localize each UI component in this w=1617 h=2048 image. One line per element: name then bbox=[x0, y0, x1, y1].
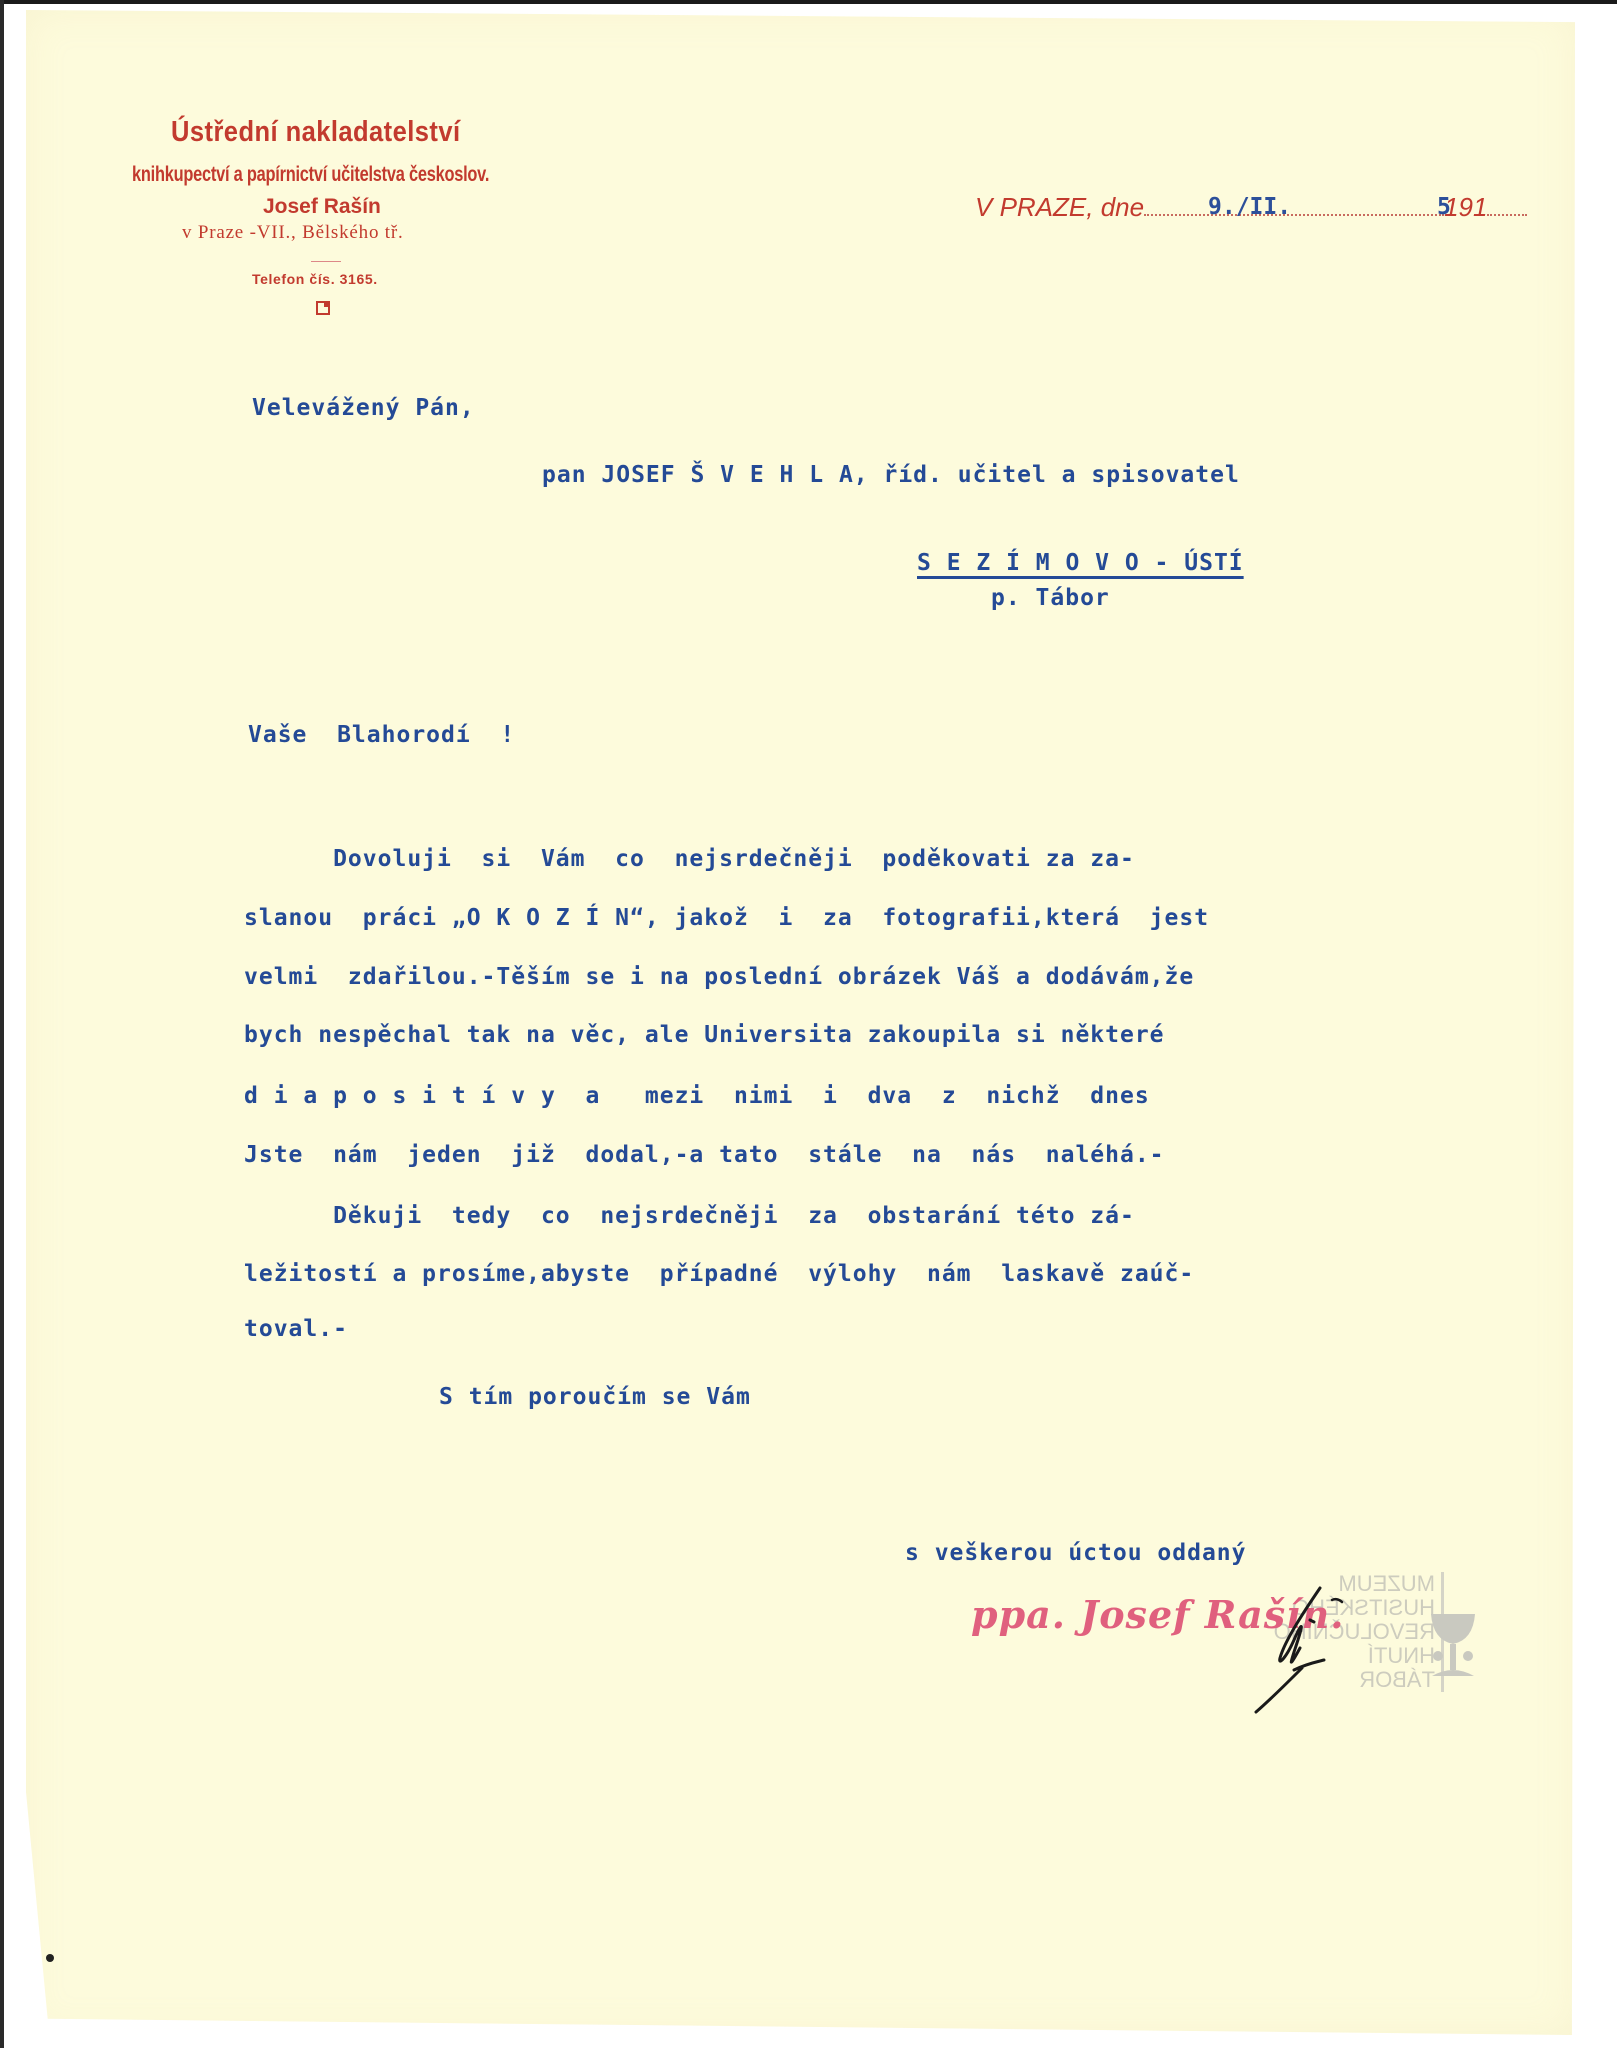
recipient-post: p. Tábor bbox=[991, 585, 1110, 611]
body-line: Dovoluji si Vám co nejsrdečněji poděkova… bbox=[244, 846, 1135, 872]
paper-speck bbox=[46, 1954, 54, 1962]
recipient-town: S E Z Í M O V O - ÚSTÍ bbox=[917, 550, 1244, 576]
letterhead-title: Ústřední nakladatelství bbox=[171, 116, 461, 149]
body-line: Jste nám jeden již dodal,-a tato stále n… bbox=[244, 1142, 1165, 1168]
body-line: bych nespěchal tak na věc, ale Universit… bbox=[244, 1022, 1165, 1048]
body-line: ležitostí a prosíme,abyste případné výlo… bbox=[244, 1261, 1194, 1287]
letterhead-divider bbox=[311, 261, 341, 262]
date-dotted-tail bbox=[1487, 212, 1527, 216]
handwritten-signature bbox=[1250, 1580, 1360, 1720]
body-line: toval.- bbox=[244, 1316, 348, 1342]
date-day-month: 9./II. bbox=[1208, 194, 1291, 220]
scan-top-edge bbox=[0, 0, 1617, 4]
body-line: d i a p o s i t í v y a mezi nimi i dva … bbox=[244, 1083, 1150, 1109]
scan-left-edge bbox=[0, 0, 4, 2048]
valediction: s veškerou úctou oddaný bbox=[905, 1540, 1247, 1566]
body-line: slanou práci „O K O Z Í N“, jakož i za f… bbox=[244, 905, 1209, 931]
date-place: V PRAZE, dne bbox=[975, 192, 1144, 222]
letterhead-phone: Telefon čís. 3165. bbox=[252, 271, 378, 287]
letterhead-subtitle: knihkupectví a papírnictví učitelstva če… bbox=[132, 163, 489, 187]
salutation-top: Velevážený Pán, bbox=[252, 395, 475, 421]
date-dotted-field bbox=[1144, 212, 1444, 216]
closing-line: S tím poroučím se Vám bbox=[439, 1384, 751, 1410]
letterhead-address: v Praze -VII., Bělského tř. bbox=[182, 222, 404, 244]
greeting: Vaše Blahorodí ! bbox=[248, 722, 515, 748]
body-line: Děkuji tedy co nejsrdečněji za obstarání… bbox=[244, 1203, 1135, 1229]
letterhead-ornament-icon bbox=[316, 301, 330, 315]
body-line: velmi zdařilou.-Těším se i na poslední o… bbox=[244, 964, 1194, 990]
date-year-typed: 5 bbox=[1437, 194, 1451, 220]
chalice-icon bbox=[1428, 1610, 1478, 1680]
letterhead-owner: Josef Rašín bbox=[263, 195, 381, 219]
recipient-line: pan JOSEF Š V E H L A, říd. učitel a spi… bbox=[542, 462, 1240, 488]
